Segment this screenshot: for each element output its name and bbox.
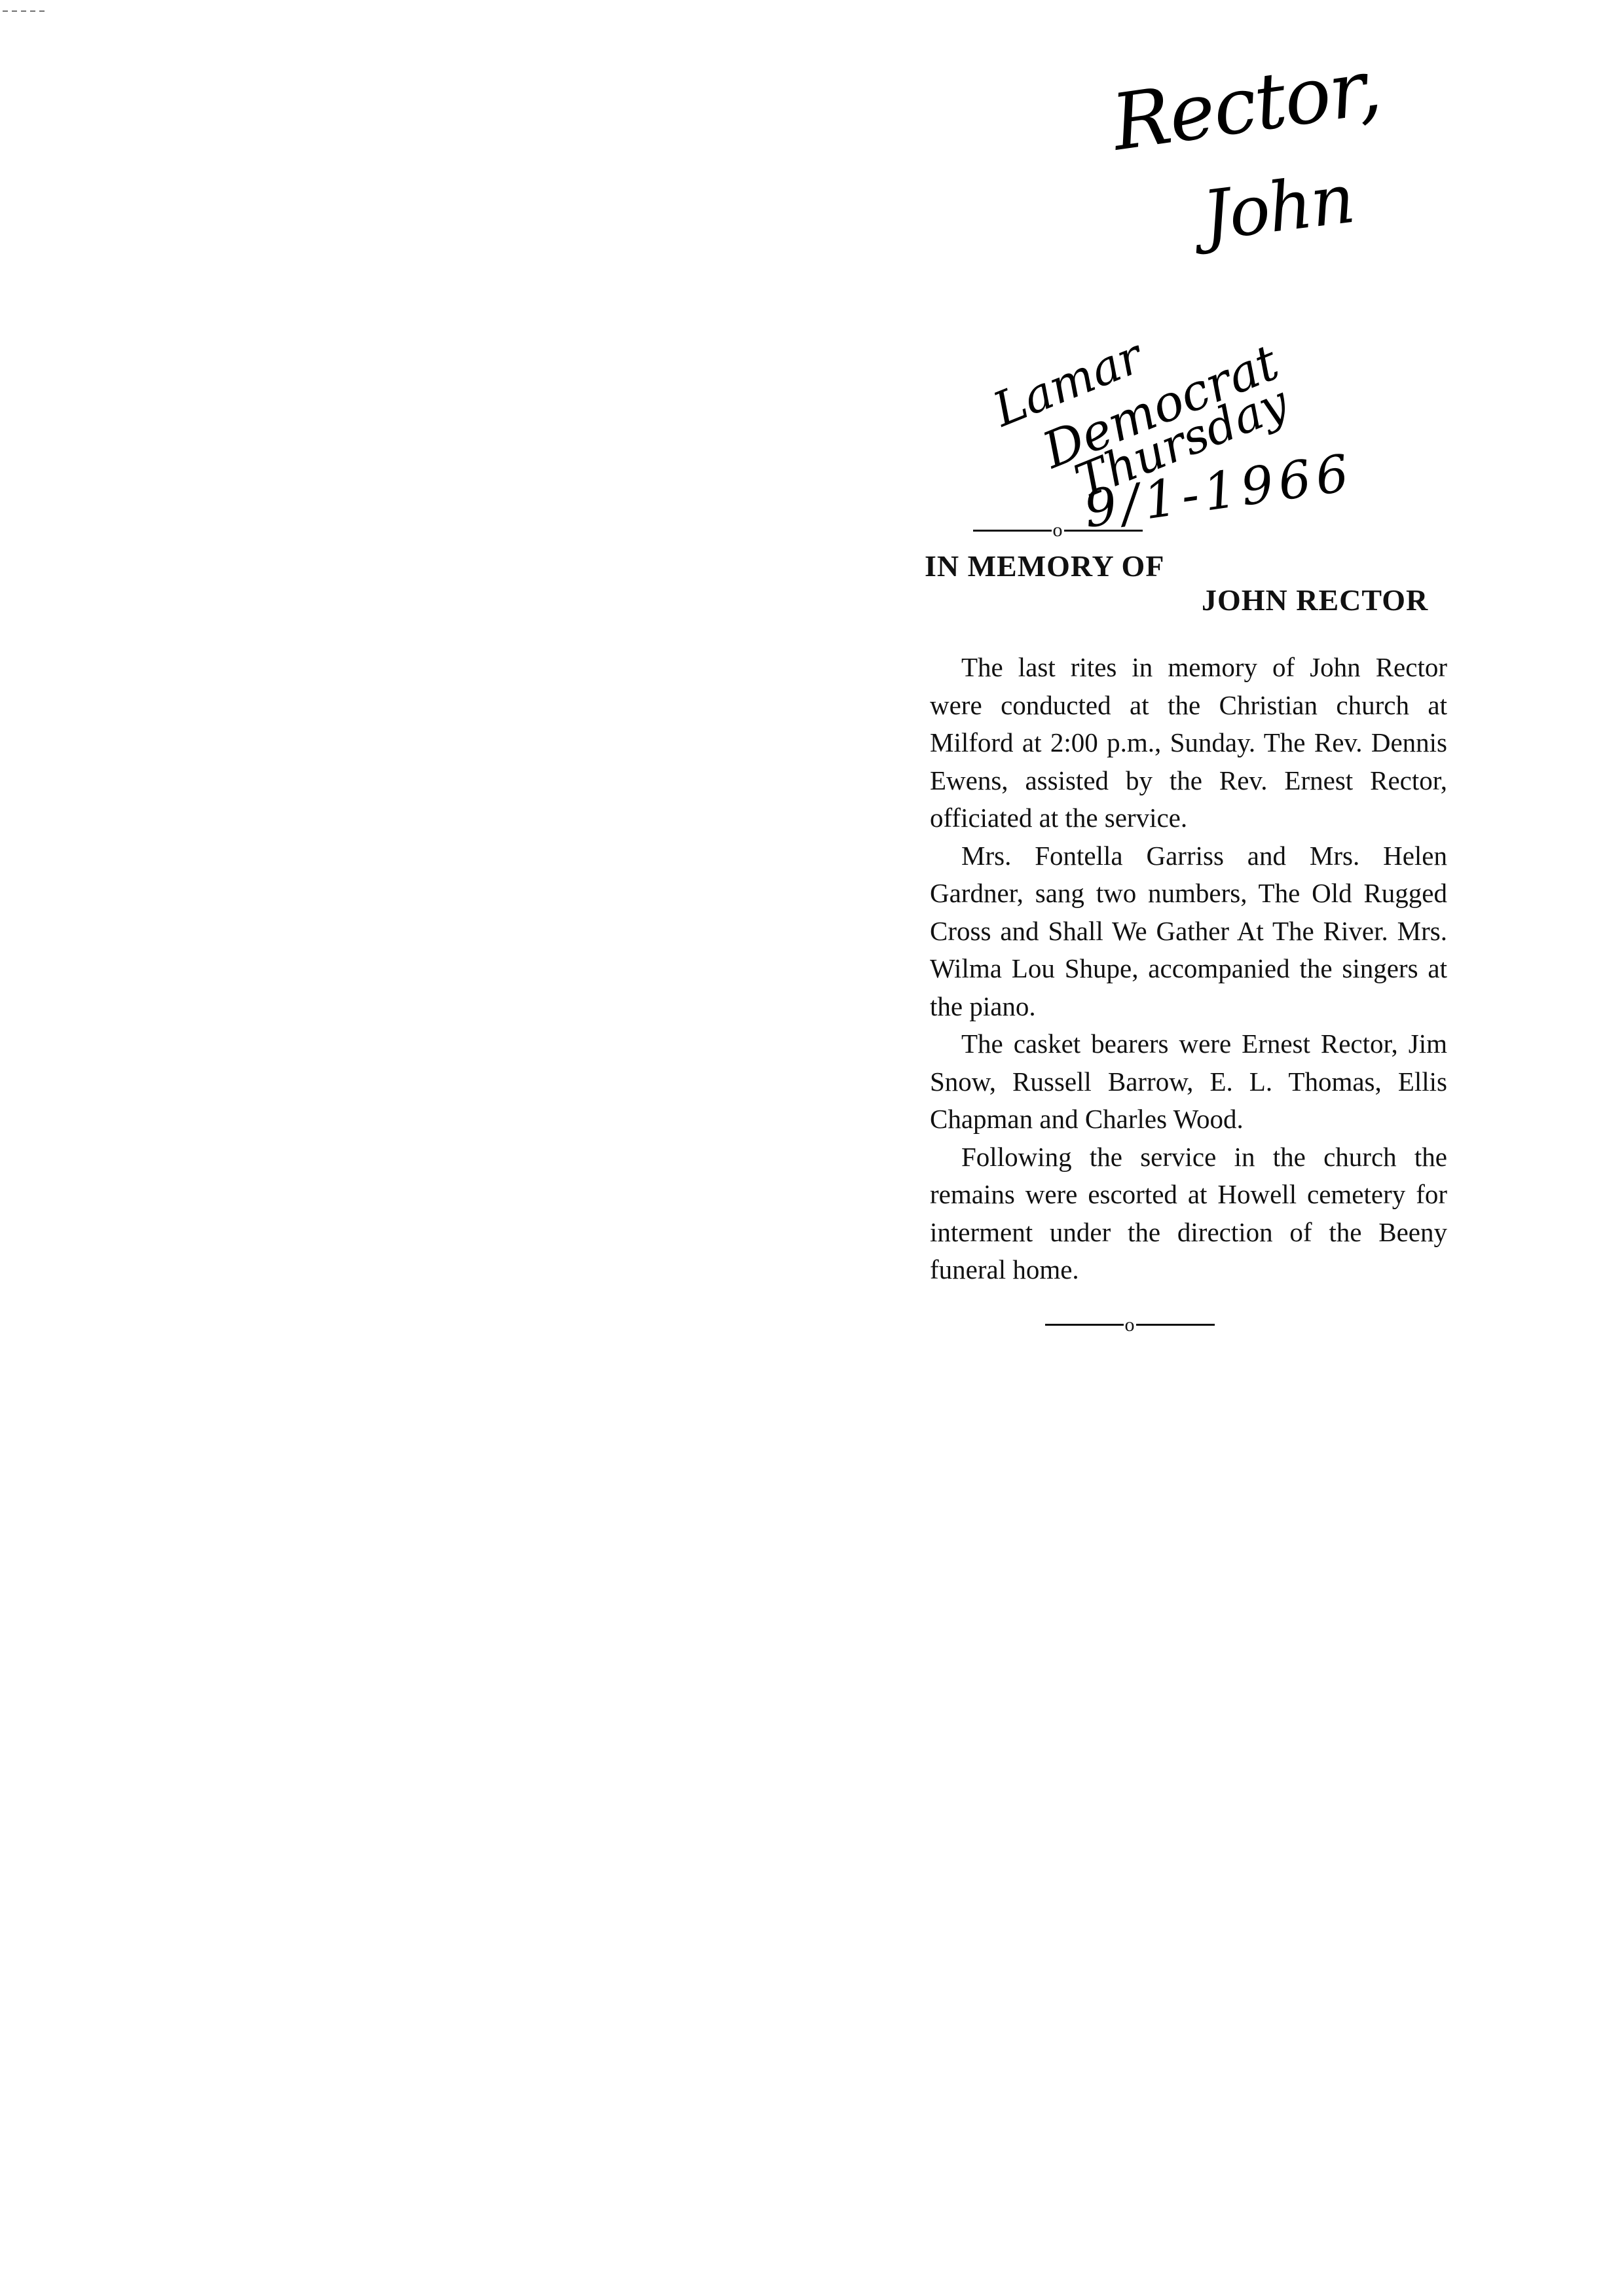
headline-line-2: JOHN RECTOR [1202,583,1467,617]
paragraph-bearers: The casket bearers were Ernest Rector, J… [930,1025,1447,1139]
handwritten-surname: Rector, [1107,41,1385,168]
headline-line-1: IN MEMORY OF [925,549,1467,583]
separator-rule-bottom: o [1035,1315,1225,1335]
handwritten-given-name: John [1198,158,1357,256]
paragraph-service: The last rites in memory of John Rector … [930,649,1447,837]
paragraph-music: Mrs. Fontella Garriss and Mrs. Helen Gar… [930,837,1447,1026]
scan-artifact [3,10,46,12]
obituary-headline: IN MEMORY OF JOHN RECTOR [917,549,1467,617]
paragraph-interment: Following the service in the church the … [930,1139,1447,1289]
obituary-body: The last rites in memory of John Rector … [917,649,1467,1289]
separator-rule-top: o [963,520,1153,540]
newspaper-clipping: o IN MEMORY OF JOHN RECTOR The last rite… [917,520,1467,1335]
